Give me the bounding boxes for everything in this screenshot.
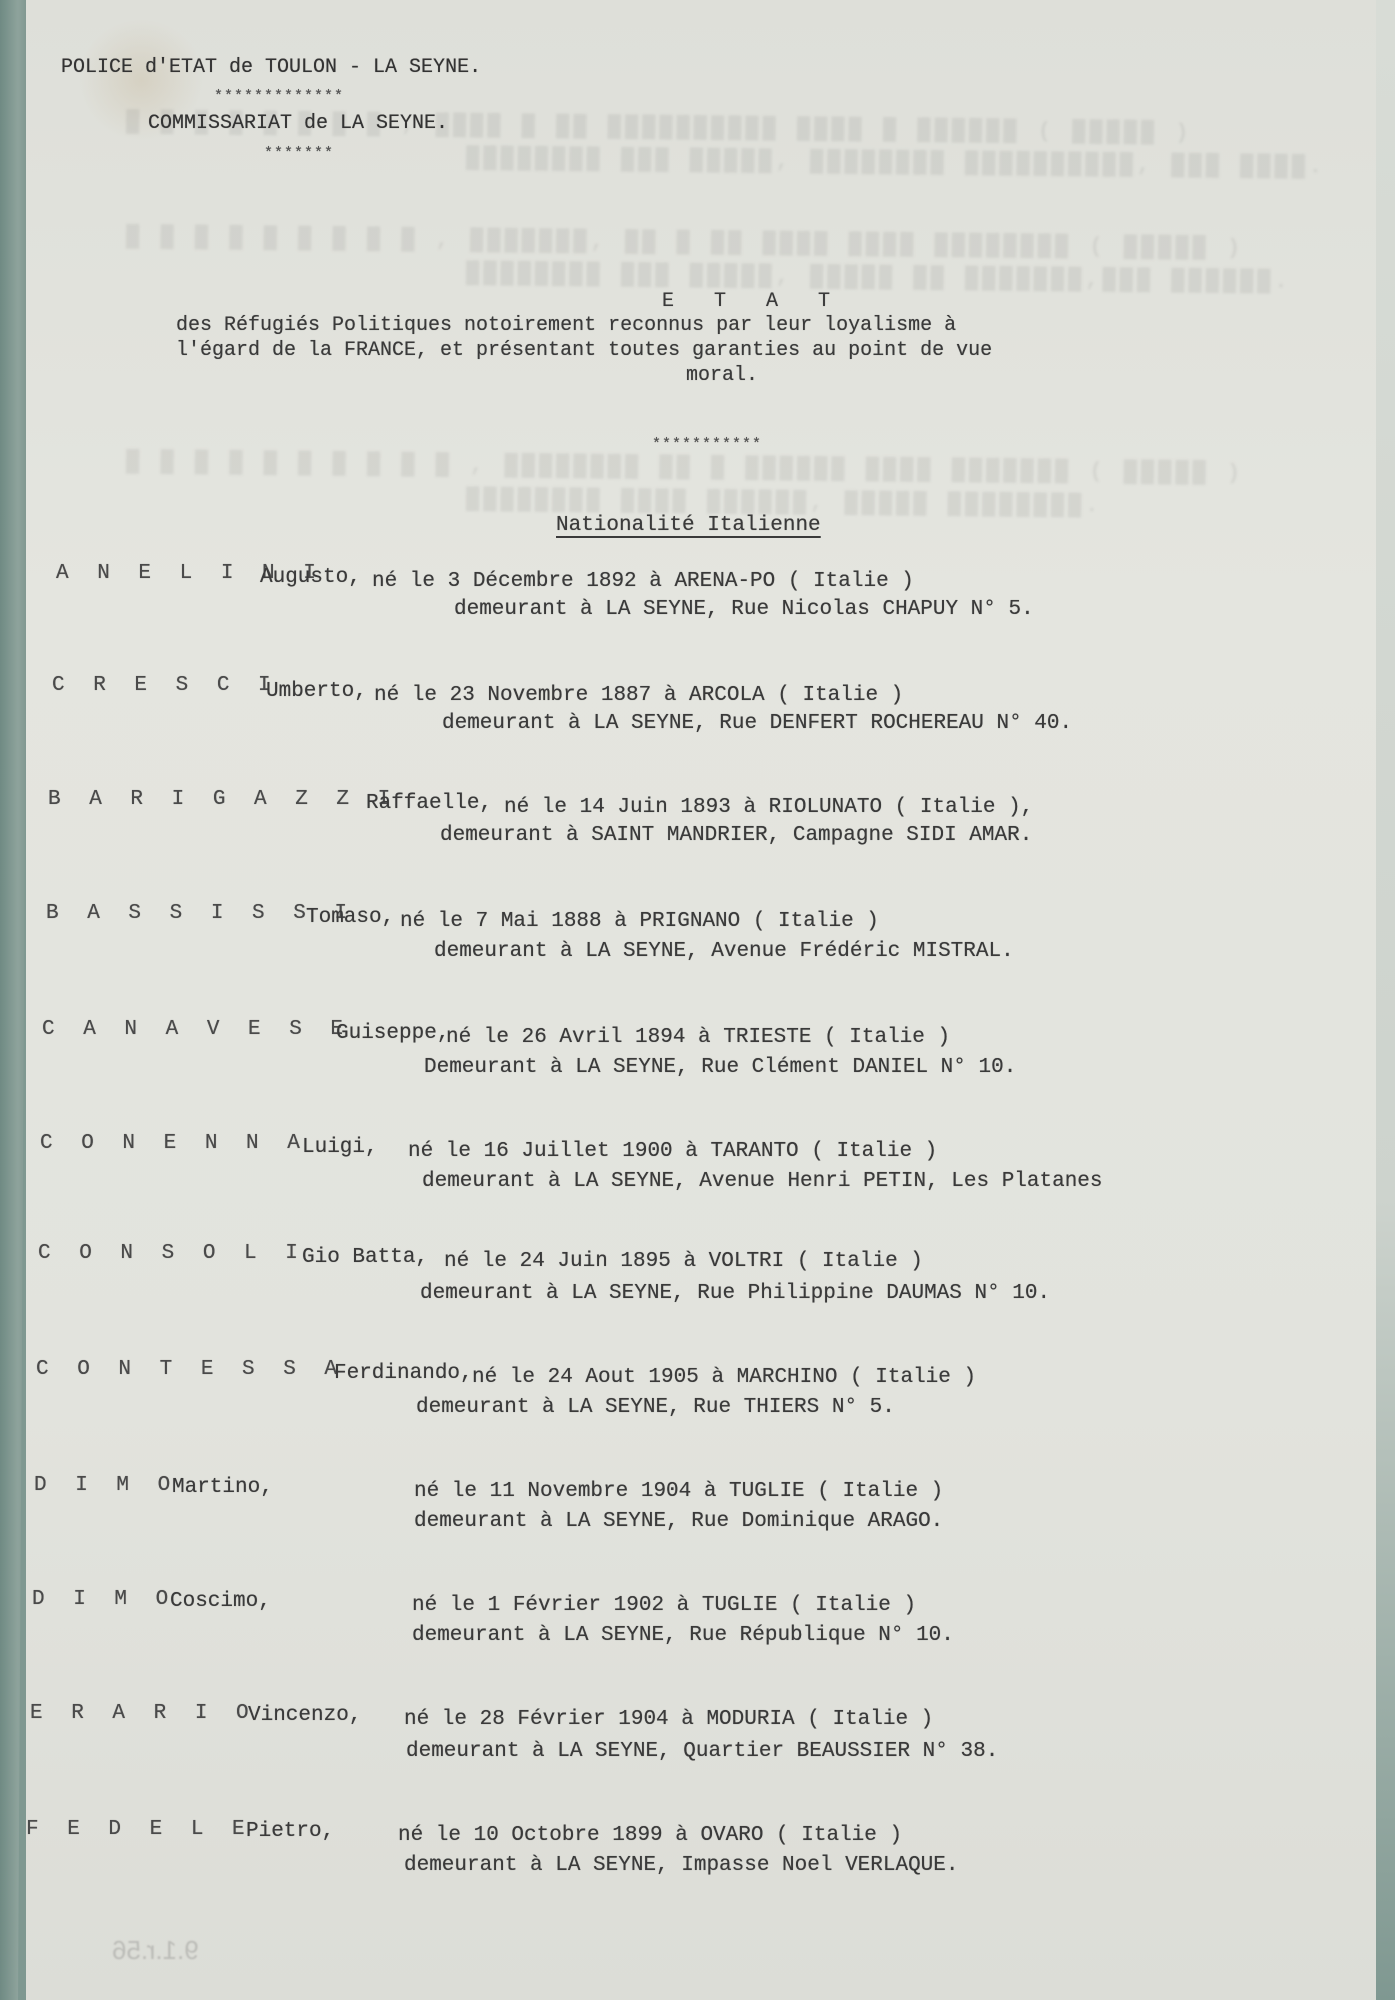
- entry-surname: F E D E L E: [26, 1818, 253, 1841]
- entry-firstname: Gio Batta,: [302, 1246, 428, 1269]
- entry-birth: né le 16 Juillet 1900 à TARANTO ( Italie…: [408, 1140, 937, 1163]
- document-page: █ █ █ █ █ █ █ █ , ████ █ ██ ██████████ █…: [26, 0, 1376, 2000]
- entry-birth: né le 10 Octobre 1899 à OVARO ( Italie ): [398, 1824, 902, 1847]
- entry-firstname: Martino,: [172, 1476, 273, 1499]
- entry-firstname: Coscimo,: [170, 1590, 271, 1613]
- entry-firstname: Luigi,: [302, 1136, 378, 1159]
- entry-residence: demeurant à LA SEYNE, Avenue Frédéric MI…: [434, 940, 1014, 963]
- bleed-through-text: █ █ █ █ █ █ █ █ █ █ , ████████ ██ █ ████…: [126, 449, 1244, 486]
- entry-firstname: Pietro,: [246, 1820, 334, 1843]
- document-subtitle-line3: moral.: [686, 364, 758, 387]
- entry-firstname: Umberto,: [266, 680, 367, 703]
- bleed-through-text: ████████ ███ █████, ████████ ██████████,…: [466, 145, 1326, 179]
- entry-firstname: Augusto,: [260, 566, 361, 589]
- entry-birth: né le 24 Aout 1905 à MARCHINO ( Italie ): [472, 1366, 976, 1389]
- title-separator: ***********: [652, 436, 762, 453]
- entry-birth: né le 23 Novembre 1887 à ARCOLA ( Italie…: [374, 684, 903, 707]
- header-commissariat: COMMISSARIAT de LA SEYNE.: [148, 112, 448, 135]
- header-separator: *******: [264, 145, 334, 162]
- entry-birth: né le 28 Février 1904 à MODURIA ( Italie…: [404, 1708, 933, 1731]
- bleed-through-text: █ █ █ █ █ █ █ █ █ , ███████, ██ █ ██ ███…: [126, 224, 1244, 261]
- entry-firstname: Vincenzo,: [248, 1704, 361, 1727]
- entry-residence: demeurant à LA SEYNE, Rue Philippine DAU…: [420, 1282, 1050, 1305]
- document-title: E T A T: [662, 290, 844, 313]
- entry-residence: demeurant à LA SEYNE, Rue Dominique ARAG…: [414, 1510, 943, 1533]
- entry-residence: Demeurant à LA SEYNE, Rue Clément DANIEL…: [424, 1056, 1016, 1079]
- entry-firstname: Raffaelle,: [366, 792, 492, 815]
- entry-residence: demeurant à LA SEYNE, Quartier BEAUSSIER…: [406, 1740, 998, 1763]
- entry-surname: C O N E N N A: [40, 1132, 308, 1155]
- entry-birth: né le 24 Juin 1895 à VOLTRI ( Italie ): [444, 1250, 923, 1273]
- bleed-through-text: ████████ ███ █████, █████ ██ ███████,███…: [466, 261, 1292, 295]
- entry-surname: B A R I G A Z Z I: [48, 788, 398, 811]
- entry-firstname: Tomaso,: [306, 906, 394, 929]
- archive-mark: 9.1.r.56: [112, 1935, 199, 1966]
- entry-residence: demeurant à LA SEYNE, Impasse Noel VERLA…: [404, 1854, 959, 1877]
- header-separator: *************: [214, 88, 344, 105]
- entry-surname: C R E S C I: [52, 674, 279, 697]
- entry-residence: demeurant à LA SEYNE, Rue THIERS N° 5.: [416, 1396, 895, 1419]
- entry-residence: demeurant à SAINT MANDRIER, Campagne SID…: [440, 824, 1032, 847]
- entry-birth: né le 11 Novembre 1904 à TUGLIE ( Italie…: [414, 1480, 943, 1503]
- entry-residence: demeurant à LA SEYNE, Avenue Henri PETIN…: [422, 1170, 1103, 1193]
- document-subtitle-line1: des Réfugiés Politiques notoirement reco…: [176, 314, 956, 337]
- document-subtitle-line2: l'égard de la FRANCE, et présentant tout…: [176, 339, 992, 362]
- entry-residence: demeurant à LA SEYNE, Rue DENFERT ROCHER…: [442, 712, 1072, 735]
- entry-surname: D I M O: [32, 1588, 176, 1611]
- entry-surname: C O N S O L I: [38, 1242, 306, 1265]
- entry-birth: né le 3 Décembre 1892 à ARENA-PO ( Itali…: [372, 570, 914, 593]
- entry-birth: né le 7 Mai 1888 à PRIGNANO ( Italie ): [400, 910, 879, 933]
- header-police: POLICE d'ETAT de TOULON - LA SEYNE.: [61, 56, 481, 79]
- entry-birth: né le 1 Février 1902 à TUGLIE ( Italie ): [412, 1594, 916, 1617]
- entry-residence: demeurant à LA SEYNE, Rue Nicolas CHAPUY…: [454, 598, 1034, 621]
- entry-birth: né le 26 Avril 1894 à TRIESTE ( Italie ): [446, 1026, 950, 1049]
- entry-firstname: Guiseppe,: [336, 1022, 449, 1045]
- entry-surname: D I M O: [34, 1474, 178, 1497]
- entry-birth: né le 14 Juin 1893 à RIOLUNATO ( Italie …: [504, 796, 1033, 819]
- entry-surname: C A N A V E S E: [42, 1018, 351, 1041]
- entry-surname: C O N T E S S A: [36, 1358, 345, 1381]
- entry-firstname: Ferdinando,: [334, 1362, 473, 1385]
- section-title-nationality: Nationalité Italienne: [556, 514, 821, 537]
- entry-surname: E R A R I O: [30, 1702, 257, 1725]
- entry-residence: demeurant à LA SEYNE, Rue République N° …: [412, 1624, 954, 1647]
